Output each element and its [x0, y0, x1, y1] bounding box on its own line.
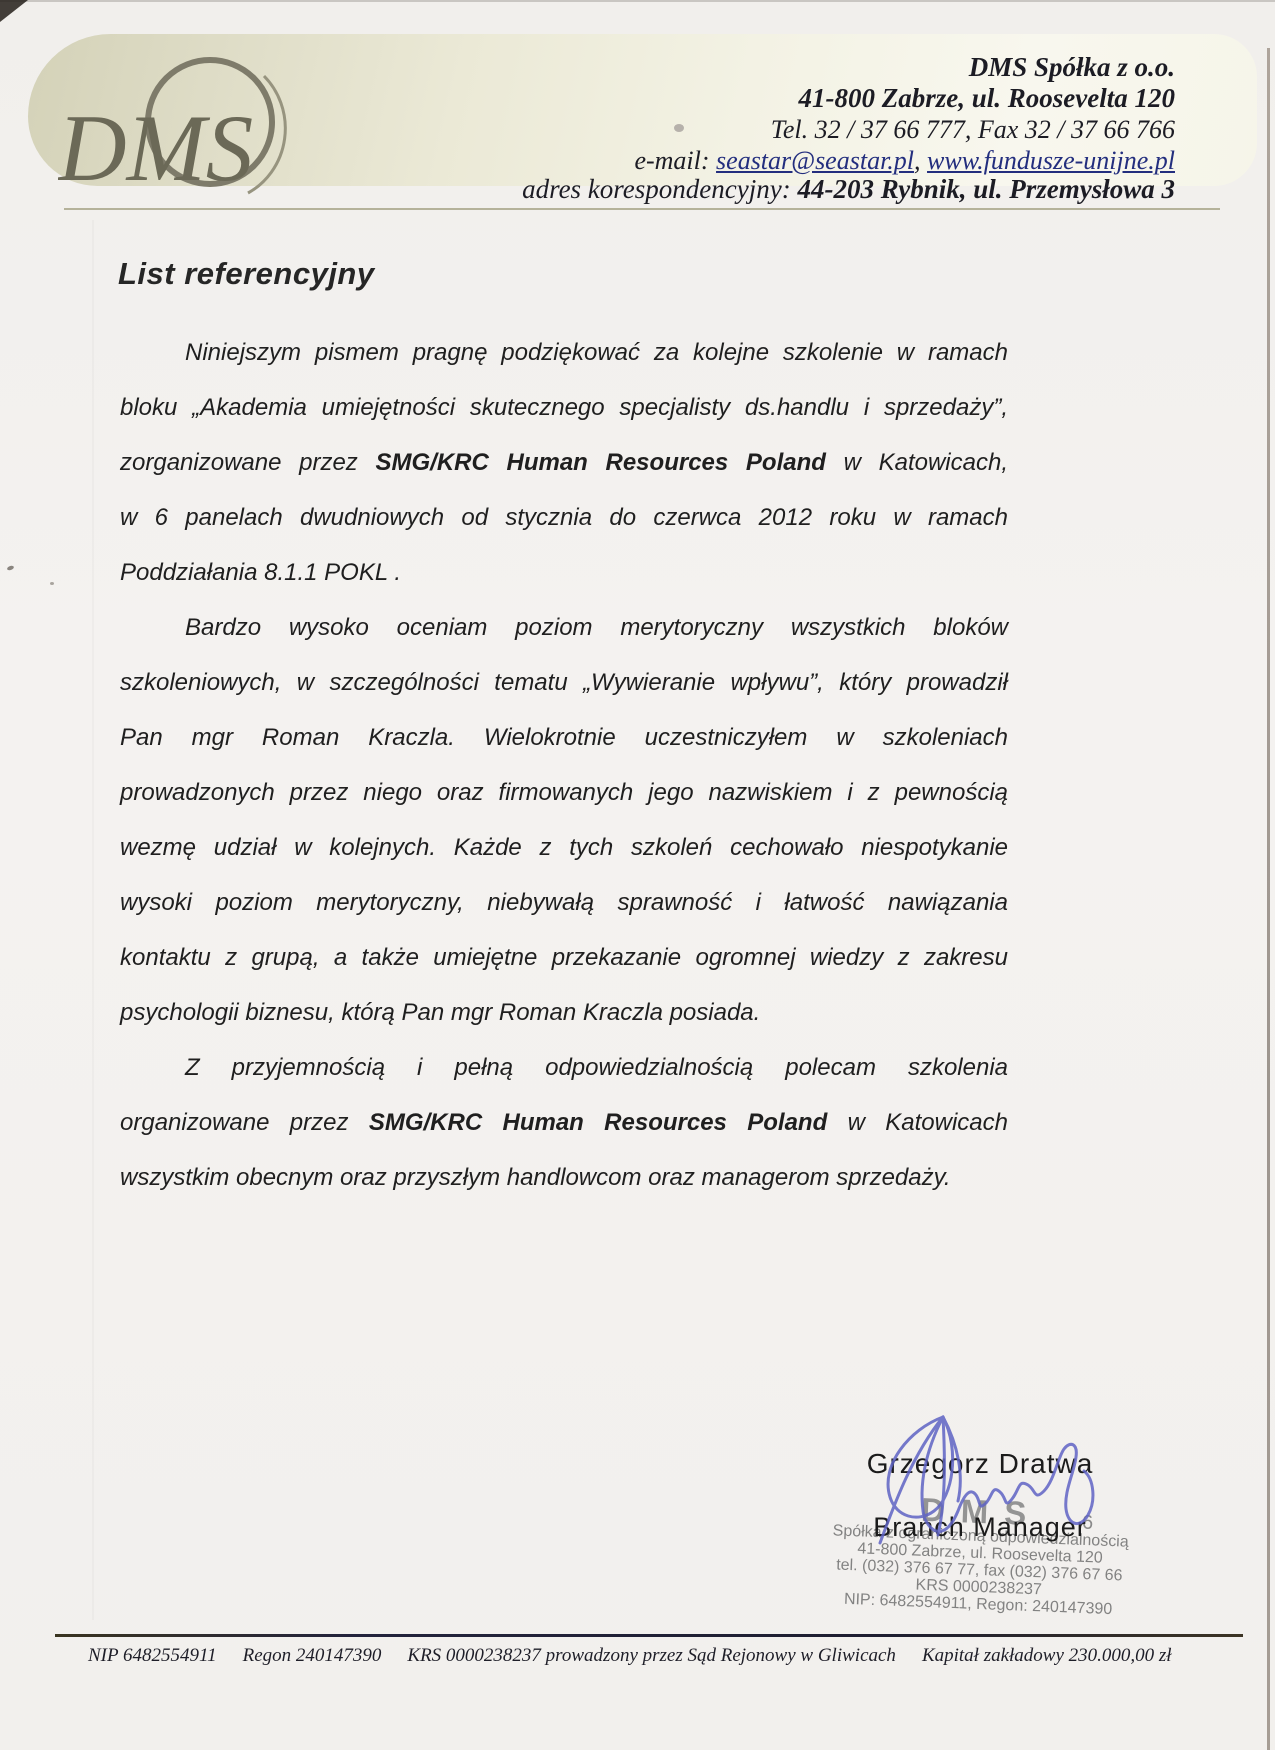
text-segment: wszystkim obecnym oraz przyszłym handlow…	[120, 1164, 951, 1191]
scan-edge-right	[1267, 48, 1270, 1750]
email-link[interactable]: seastar@seastar.pl	[716, 146, 914, 175]
body-line: zorganizowane przez SMG/KRC Human Resour…	[120, 435, 1008, 490]
text-segment: Niniejszym pismem pragnę podziękować za …	[185, 339, 1008, 366]
company-email-line: e-mail: seastar@seastar.pl, www.fundusze…	[634, 145, 1175, 176]
body-line: kontaktu z grupą, a także umiejętne prze…	[120, 930, 1008, 985]
scan-corner-mark	[0, 0, 28, 22]
text-segment: zorganizowane przez	[120, 449, 375, 476]
footer-divider	[55, 1634, 1243, 1637]
body-line: w 6 panelach dwudniowych od stycznia do …	[120, 490, 1008, 545]
body-line: wezmę udział w kolejnych. Każde z tych s…	[120, 820, 1008, 875]
text-segment: Bardzo wysoko oceniam poziom merytoryczn…	[185, 614, 1008, 641]
email-line: e-mail: seastar@seastar.pl, www.fundusze…	[634, 145, 1175, 176]
mailing-address-line: adres korespondencyjny: 44-203 Rybnik, u…	[522, 174, 1175, 205]
text-segment: Z przyjemnością i pełną odpowiedzialnośc…	[185, 1054, 1008, 1081]
body-line: Niniejszym pismem pragnę podziękować za …	[120, 325, 1008, 380]
body-line: wszystkim obecnym oraz przyszłym handlow…	[120, 1150, 1008, 1205]
body-line: wysoki poziom merytoryczny, niebywałą sp…	[120, 875, 1008, 930]
scan-speck	[50, 582, 54, 585]
footer-legal-line: NIP 6482554911Regon 240147390KRS 0000238…	[88, 1645, 1172, 1667]
text-segment: wysoki poziom merytoryczny, niebywałą sp…	[120, 889, 1008, 916]
text-segment: wezmę udział w kolejnych. Każde z tych s…	[120, 834, 1008, 861]
text-segment: kontaktu z grupą, a także umiejętne prze…	[120, 944, 1008, 971]
scanned-letter-page: DMS DMS Spółka z o.o.41-800 Zabrze, ul. …	[0, 0, 1275, 1750]
text-segment: organizowane przez	[120, 1109, 369, 1136]
emphasized-text: SMG/KRC Human Resources Poland	[375, 449, 825, 476]
body-line: Z przyjemnością i pełną odpowiedzialnośc…	[120, 1040, 1008, 1095]
website-link[interactable]: www.fundusze-unijne.pl	[927, 146, 1175, 175]
scan-edge-top	[0, 0, 1275, 2]
letter-title: List referencyjny	[118, 256, 375, 292]
body-line: Bardzo wysoko oceniam poziom merytoryczn…	[120, 600, 1008, 655]
logo-text: DMS	[58, 95, 253, 201]
email-separator: ,	[914, 146, 927, 175]
text-segment: w Katowicach,	[826, 449, 1008, 476]
emphasized-text: SMG/KRC Human Resources Poland	[369, 1109, 827, 1136]
body-line: prowadzonych przez niego oraz firmowanyc…	[120, 765, 1008, 820]
text-segment: bloku „Akademia umiejętności skutecznego…	[120, 394, 1008, 421]
text-segment: w Katowicach	[827, 1109, 1008, 1136]
company-info-line: Tel. 32 / 37 66 777, Fax 32 / 37 66 766	[771, 114, 1175, 145]
company-info-line: DMS Spółka z o.o.	[771, 52, 1175, 83]
body-line: psychologii biznesu, którą Pan mgr Roman…	[120, 985, 1008, 1040]
body-line: szkoleniowych, w szczególności tematu „W…	[120, 655, 1008, 710]
body-line: organizowane przez SMG/KRC Human Resourc…	[120, 1095, 1008, 1150]
handwritten-signature	[850, 1405, 1110, 1555]
text-segment: Pan mgr Roman Kraczla. Wielokrotnie ucze…	[120, 724, 1008, 751]
body-line: Pan mgr Roman Kraczla. Wielokrotnie ucze…	[120, 710, 1008, 765]
footer-item: KRS 0000238237 prowadzony przez Sąd Rejo…	[407, 1645, 896, 1667]
text-segment: prowadzonych przez niego oraz firmowanyc…	[120, 779, 1008, 806]
text-segment: szkoleniowych, w szczególności tematu „W…	[120, 669, 1008, 696]
body-line: Poddziałania 8.1.1 POKL .	[120, 545, 1008, 600]
mailing-address-label: adres korespondencyjny:	[522, 174, 797, 204]
company-info: DMS Spółka z o.o.41-800 Zabrze, ul. Roos…	[771, 52, 1175, 145]
scan-speck	[7, 565, 15, 571]
footer-item: Kapitał zakładowy 230.000,00 zł	[922, 1645, 1172, 1667]
email-label: e-mail:	[634, 146, 716, 175]
body-line: bloku „Akademia umiejętności skutecznego…	[120, 380, 1008, 435]
logo-swoosh-icon: DMS	[58, 40, 368, 205]
company-info-line: 41-800 Zabrze, ul. Roosevelta 120	[771, 83, 1175, 114]
text-segment: Poddziałania 8.1.1 POKL .	[120, 559, 401, 586]
scan-crease	[92, 220, 94, 1620]
dms-logo: DMS	[58, 40, 368, 205]
text-segment: w 6 panelach dwudniowych od stycznia do …	[120, 504, 1008, 531]
footer-item: NIP 6482554911	[88, 1645, 217, 1667]
letter-body: Niniejszym pismem pragnę podziękować za …	[120, 325, 1008, 1205]
scan-speck	[674, 124, 684, 132]
text-segment: psychologii biznesu, którą Pan mgr Roman…	[120, 999, 760, 1026]
header-divider	[64, 208, 1220, 210]
mailing-address-value: 44-203 Rybnik, ul. Przemysłowa 3	[797, 174, 1175, 204]
footer-item: Regon 240147390	[243, 1645, 382, 1667]
